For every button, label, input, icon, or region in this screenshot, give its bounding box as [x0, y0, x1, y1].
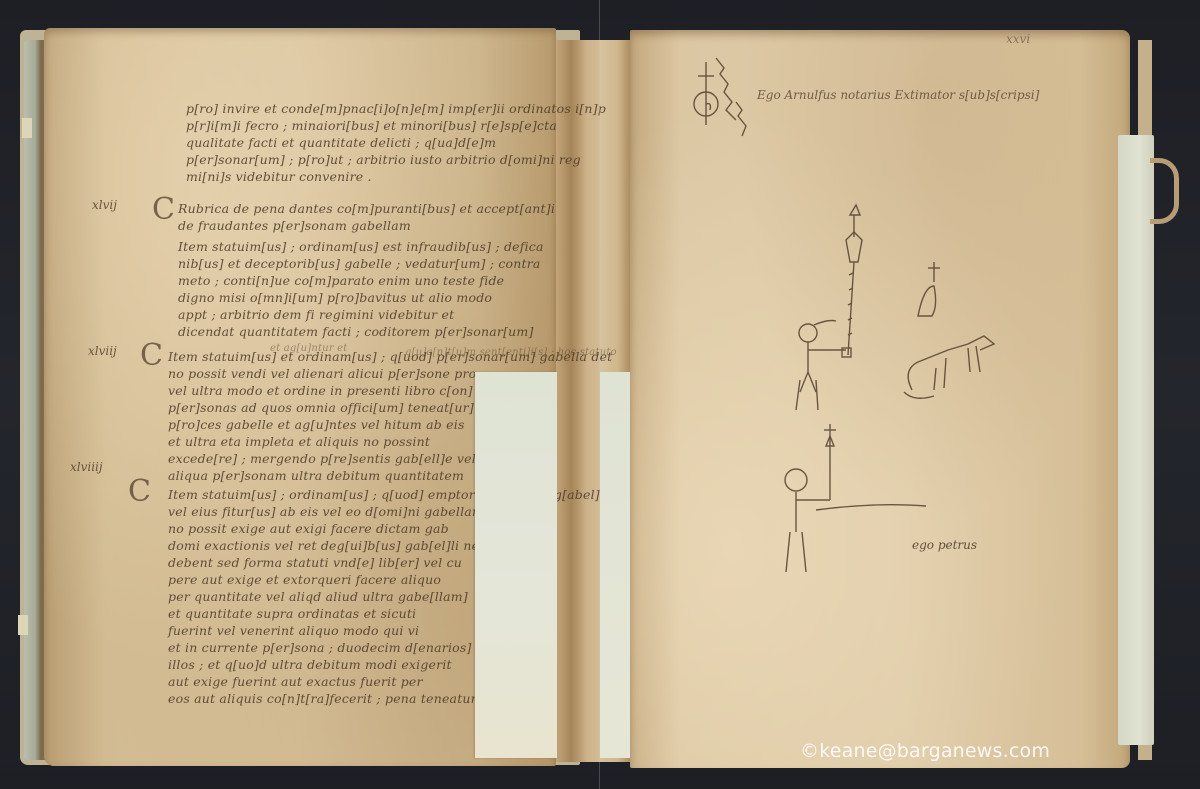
signum-icon: [694, 58, 736, 125]
seated-figure-icon: [785, 424, 926, 572]
cross-on-mound-icon: [918, 262, 940, 316]
horse-sketch-icon: [904, 336, 994, 398]
image-stitch-line: [599, 0, 600, 789]
watermark: ©keane@barganews.com: [800, 740, 1050, 762]
marginal-drawings: [0, 0, 1200, 789]
banner-figure-icon: [796, 205, 862, 410]
